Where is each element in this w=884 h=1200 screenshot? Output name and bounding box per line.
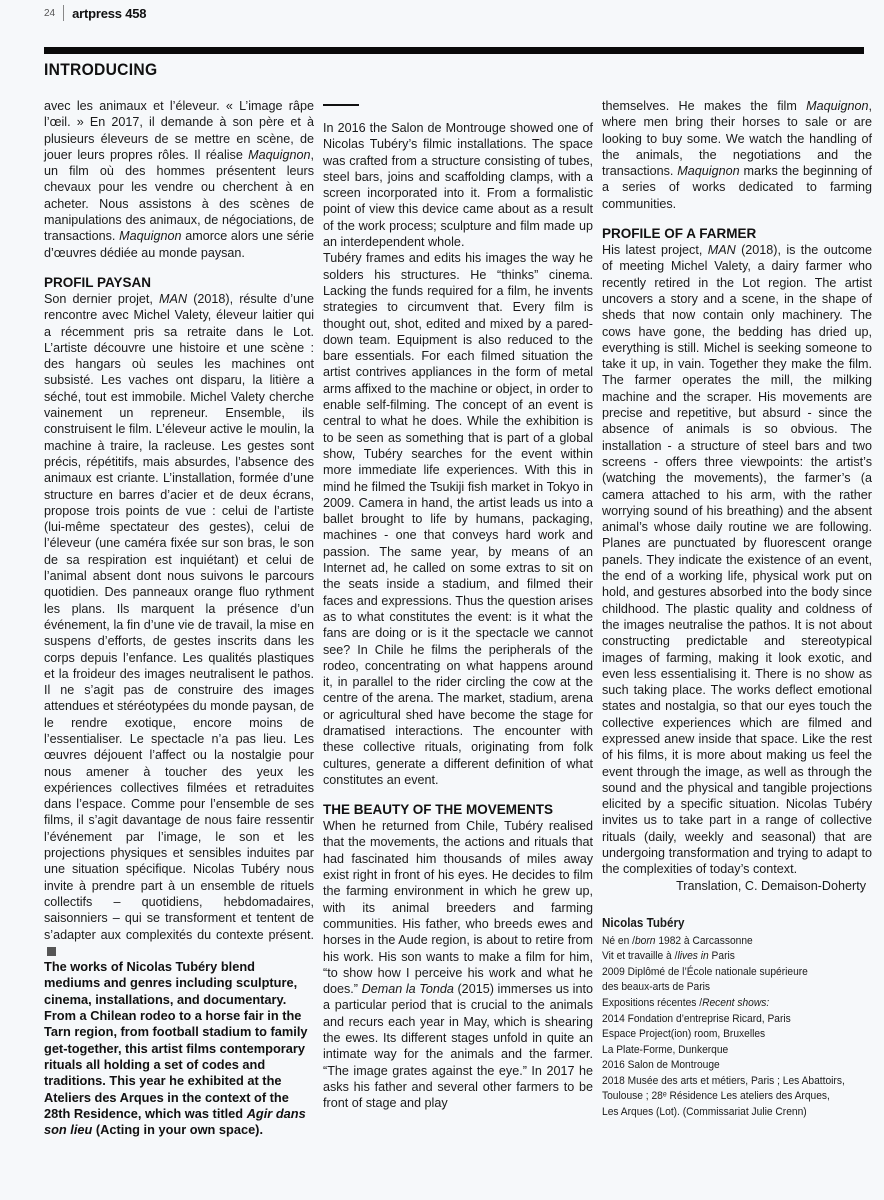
work-title: MAN bbox=[708, 243, 736, 257]
text: born bbox=[635, 935, 655, 947]
column-2: In 2016 the Salon de Montrouge showed on… bbox=[323, 104, 593, 1112]
text: Paris bbox=[709, 950, 735, 962]
bio-show-line: 2018 Musée des arts et métiers, Paris ; … bbox=[602, 1074, 872, 1090]
magazine-title: artpress 458 bbox=[72, 6, 146, 21]
bio-show-line: Les Arques (Lot). (Commissariat Julie Cr… bbox=[602, 1105, 872, 1121]
bio-show-line: 2014 Fondation d’entreprise Ricard, Pari… bbox=[602, 1012, 872, 1028]
heading-beauty-of-movements: THE BEAUTY OF THE MOVEMENTS bbox=[323, 802, 593, 818]
text: Vit et travaille à / bbox=[602, 950, 677, 962]
film-title: Maquignon bbox=[677, 164, 739, 178]
folio: 24 artpress 458 bbox=[44, 3, 146, 23]
paragraph-return-from-chile: When he returned from Chile, Tubéry real… bbox=[323, 818, 593, 1111]
text: Recent shows: bbox=[702, 997, 769, 1009]
text: (2018), is the outcome of meeting Michel… bbox=[602, 243, 872, 876]
text: The works of Nicolas Tubéry blend medium… bbox=[44, 959, 308, 1121]
paragraph-profil-paysan: Son dernier projet, MAN (2018), résulte … bbox=[44, 291, 314, 959]
text: Expositions récentes / bbox=[602, 997, 702, 1009]
text: (2018), résulte d’une rencontre avec Mic… bbox=[44, 292, 314, 942]
paragraph-frames-edits: Tubéry frames and edits his images the w… bbox=[323, 250, 593, 788]
bio-education-line-2: des beaux-arts de Paris bbox=[602, 980, 872, 996]
text: When he returned from Chile, Tubéry real… bbox=[323, 819, 593, 996]
bio-show-line: Toulouse ; 28ᵉ Résidence Les ateliers de… bbox=[602, 1089, 872, 1105]
translation-credit: Translation, C. Demaison-Doherty bbox=[602, 878, 872, 894]
bio-lives: Vit et travaille à /lives in Paris bbox=[602, 949, 872, 965]
end-of-article-mark bbox=[47, 947, 56, 956]
paragraph-maquignon: themselves. He makes the film Maquignon,… bbox=[602, 98, 872, 212]
film-title: Maquignon bbox=[248, 148, 310, 162]
bio-born: Né en /born 1982 à Carcassonne bbox=[602, 934, 872, 950]
work-title: MAN bbox=[159, 292, 187, 306]
short-rule bbox=[323, 104, 359, 106]
film-title: Maquignon bbox=[806, 99, 868, 113]
folio-divider bbox=[63, 5, 64, 21]
bio-show-line: Espace Project(ion) room, Bruxelles bbox=[602, 1027, 872, 1043]
bio-show-line: 2016 Salon de Montrouge bbox=[602, 1058, 872, 1074]
text: His latest project, bbox=[602, 243, 708, 257]
paragraph-french-intro-end: avec les animaux et l’éleveur. « L’image… bbox=[44, 98, 314, 261]
text: themselves. He makes the film bbox=[602, 99, 806, 113]
header-rule bbox=[44, 47, 864, 54]
column-3: themselves. He makes the film Maquignon,… bbox=[602, 98, 872, 1121]
english-standfirst: The works of Nicolas Tubéry blend medium… bbox=[44, 959, 314, 1138]
text: Né en / bbox=[602, 935, 635, 947]
bio-artist-name: Nicolas Tubéry bbox=[602, 916, 872, 932]
text: lives in bbox=[677, 950, 708, 962]
bio-education-line-1: 2009 Diplômé de l’École nationale supéri… bbox=[602, 965, 872, 981]
column-1: avec les animaux et l’éleveur. « L’image… bbox=[44, 98, 314, 1138]
section-title: INTRODUCING bbox=[44, 60, 157, 80]
artist-bio: Nicolas Tubéry Né en /born 1982 à Carcas… bbox=[602, 916, 872, 1121]
bio-show-line: La Plate-Forme, Dunkerque bbox=[602, 1043, 872, 1059]
paragraph-profile-of-a-farmer: His latest project, MAN (2018), is the o… bbox=[602, 242, 872, 878]
paragraph-montrouge: In 2016 the Salon de Montrouge showed on… bbox=[323, 120, 593, 250]
heading-profile-of-a-farmer: PROFILE OF A FARMER bbox=[602, 226, 872, 242]
text: (2015) immerses us into a particular per… bbox=[323, 982, 593, 1110]
heading-profil-paysan: PROFIL PAYSAN bbox=[44, 275, 314, 291]
page-number: 24 bbox=[44, 8, 55, 19]
text: 1982 à Carcassonne bbox=[655, 935, 752, 947]
bio-shows-label: Expositions récentes /Recent shows: bbox=[602, 996, 872, 1012]
text: Son dernier projet, bbox=[44, 292, 159, 306]
film-title: Maquignon bbox=[119, 229, 181, 243]
film-title: Deman la Tonda bbox=[362, 982, 454, 996]
text: (Acting in your own space). bbox=[92, 1122, 263, 1137]
